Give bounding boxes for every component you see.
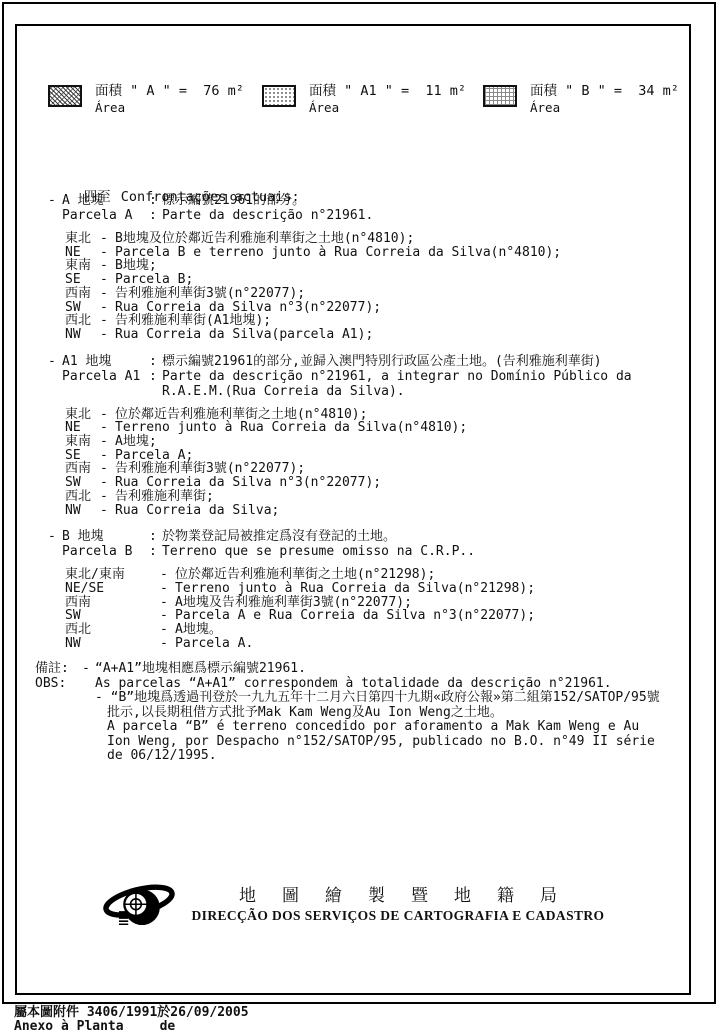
legend-text: 面積 " B " = 34 m²Área bbox=[530, 83, 679, 115]
direction-label: NE bbox=[65, 421, 100, 435]
note-line: 批示,以長期租借方式批予Mak Kam Weng及Au Ion Weng之土地。 bbox=[35, 706, 681, 721]
legend-area-label-pt: Área bbox=[95, 100, 244, 115]
dash bbox=[48, 208, 62, 223]
boundary-text: 告利雅施利華街(A1地塊); bbox=[115, 314, 681, 328]
dash: - bbox=[82, 662, 95, 677]
parcel-label-zh: A1 地塊 bbox=[62, 354, 149, 369]
direction-label: 西北 bbox=[65, 314, 100, 328]
dash bbox=[48, 544, 62, 559]
boundary-text: A地塊及告利雅施利華街3號(n°22077); bbox=[175, 596, 681, 610]
legend-swatch-grid bbox=[483, 85, 517, 107]
boundary-rows: 東北-B地塊及位於鄰近告利雅施利華街之土地(n°4810);NE-Parcela… bbox=[65, 232, 681, 342]
boundary-text: Terreno junto à Rua Correia da Silva(n°2… bbox=[175, 582, 681, 596]
parcel-header-zh: -B 地塊:於物業登記局被推定爲沒有登記的土地。 bbox=[48, 529, 681, 544]
boundary-text: Rua Correia da Silva(parcela A1); bbox=[115, 328, 681, 342]
note-line: A parcela “B” é terreno concedido por af… bbox=[35, 720, 681, 735]
dash: - bbox=[160, 637, 175, 651]
direction-label: 東南 bbox=[65, 259, 100, 273]
boundary-row: 東南-B地塊; bbox=[65, 259, 681, 273]
parcel-header-pt: Parcela A:Parte da descrição n°21961. bbox=[48, 208, 681, 223]
dash: - bbox=[100, 314, 115, 328]
boundary-text: Rua Correia da Silva; bbox=[115, 504, 681, 518]
boundary-text: B地塊及位於鄰近告利雅施利華街之土地(n°4810); bbox=[115, 232, 681, 246]
agency-name: 地圖繪製暨地籍局 DIRECÇÃO DOS SERVIÇOS DE CARTOG… bbox=[192, 885, 605, 925]
parcel-label-zh: B 地塊 bbox=[62, 529, 149, 544]
boundary-row: 西南-A地塊及告利雅施利華街3號(n°22077); bbox=[65, 596, 681, 610]
dash bbox=[82, 720, 95, 735]
note-text: - “B”地塊爲透過刊登於一九九五年十二月六日第四十九期«政府公報»第二組第15… bbox=[95, 691, 681, 706]
direction-label: 東北 bbox=[65, 232, 100, 246]
dash: - bbox=[100, 259, 115, 273]
dash: - bbox=[100, 421, 115, 435]
dash: - bbox=[100, 490, 115, 504]
boundary-row: 東南-A地塊; bbox=[65, 435, 681, 449]
parcel-desc-zh: 標示編號21961的部分。 bbox=[162, 193, 681, 208]
boundary-row: SE-Parcela B; bbox=[65, 273, 681, 287]
boundary-text: A地塊。 bbox=[175, 623, 681, 637]
dash bbox=[82, 706, 95, 721]
dash: - bbox=[100, 504, 115, 518]
agency-logo-icon bbox=[102, 878, 176, 932]
note-label bbox=[35, 720, 82, 735]
note-label: OBS: bbox=[35, 677, 82, 692]
annex-de: de bbox=[160, 1020, 176, 1034]
dash: - bbox=[160, 568, 175, 582]
direction-label: 西北 bbox=[65, 623, 160, 637]
boundary-row: 東北-位於鄰近告利雅施利華街之土地(n°4810); bbox=[65, 408, 681, 422]
note-line: 備註:-“A+A1”地塊相應爲標示編號21961. bbox=[35, 662, 681, 677]
annex-line-pt: Anexo à Planta de bbox=[14, 1020, 249, 1034]
note-label bbox=[35, 749, 82, 764]
dash: - bbox=[100, 287, 115, 301]
direction-label: 西南 bbox=[65, 596, 160, 610]
boundary-text: 告利雅施利華街; bbox=[115, 490, 681, 504]
boundary-text: Parcela B; bbox=[115, 273, 681, 287]
annex-line-zh: 屬本圖附件 3406/1991於26/09/2005 bbox=[14, 1006, 249, 1020]
legend-area-line: 面積 " A " = 76 m² bbox=[95, 83, 244, 100]
dash bbox=[82, 691, 95, 706]
dash bbox=[82, 735, 95, 750]
parcel-desc-pt: Parte da descrição n°21961. bbox=[162, 208, 681, 223]
boundary-text: Parcela A. bbox=[175, 637, 681, 651]
parcel-header-pt: Parcela B:Terreno que se presume omisso … bbox=[48, 544, 681, 559]
dash: - bbox=[48, 193, 62, 208]
notes-block: 備註:-“A+A1”地塊相應爲標示編號21961.OBS:As parcelas… bbox=[35, 662, 681, 764]
note-text: “A+A1”地塊相應爲標示編號21961. bbox=[95, 662, 681, 677]
note-line: de 06/12/1995. bbox=[35, 749, 681, 764]
boundary-text: B地塊; bbox=[115, 259, 681, 273]
dash: - bbox=[100, 232, 115, 246]
boundary-text: Rua Correia da Silva n°3(n°22077); bbox=[115, 476, 681, 490]
direction-label: 西北 bbox=[65, 490, 100, 504]
parcel-label-pt: Parcela B bbox=[62, 544, 149, 559]
dash: - bbox=[100, 328, 115, 342]
note-text: de 06/12/1995. bbox=[95, 749, 681, 764]
boundary-row: NE-Parcela B e terreno junto à Rua Corre… bbox=[65, 246, 681, 260]
colon: : bbox=[149, 208, 162, 223]
note-text: A parcela “B” é terreno concedido por af… bbox=[95, 720, 681, 735]
dash bbox=[48, 369, 62, 399]
boundary-text: Parcela B e terreno junto à Rua Correia … bbox=[115, 246, 681, 260]
dash bbox=[82, 749, 95, 764]
parcel-desc-pt-line: Terreno que se presume omisso na C.R.P.. bbox=[162, 544, 681, 559]
legend-item: 面積 " A " = 76 m²Área bbox=[48, 83, 244, 115]
parcel-label-pt: Parcela A bbox=[62, 208, 149, 223]
colon: : bbox=[149, 369, 162, 399]
parcel-header: -A 地塊:標示編號21961的部分。Parcela A:Parte da de… bbox=[48, 193, 681, 223]
legend-swatch-dots bbox=[262, 85, 296, 107]
boundary-row: 西南-告利雅施利華街3號(n°22077); bbox=[65, 287, 681, 301]
boundary-rows: 東北/東南-位於鄰近告利雅施利華街之土地(n°21298);NE/SE-Terr… bbox=[65, 568, 681, 650]
direction-label: NE/SE bbox=[65, 582, 160, 596]
dash: - bbox=[100, 449, 115, 463]
agency-name-pt: DIRECÇÃO DOS SERVIÇOS DE CARTOGRAFIA E C… bbox=[192, 907, 605, 925]
direction-label: NW bbox=[65, 328, 100, 342]
legend-area-line: 面積 " A1 " = 11 m² bbox=[309, 83, 466, 100]
annex-annotation: 屬本圖附件 3406/1991於26/09/2005 Anexo à Plant… bbox=[14, 1006, 249, 1034]
parcel-desc-zh: 於物業登記局被推定爲沒有登記的土地。 bbox=[162, 529, 681, 544]
direction-label: NW bbox=[65, 504, 100, 518]
document-page: 面積 " A " = 76 m²Área面積 " A1 " = 11 m²Áre… bbox=[0, 0, 720, 1036]
dash bbox=[82, 677, 95, 692]
legend-area-line: 面積 " B " = 34 m² bbox=[530, 83, 679, 100]
direction-label: 西南 bbox=[65, 462, 100, 476]
boundary-rows: 東北-位於鄰近告利雅施利華街之土地(n°4810);NE-Terreno jun… bbox=[65, 408, 681, 518]
boundary-row: 西北-告利雅施利華街; bbox=[65, 490, 681, 504]
dash: - bbox=[100, 408, 115, 422]
direction-label: SW bbox=[65, 301, 100, 315]
note-line: - “B”地塊爲透過刊登於一九九五年十二月六日第四十九期«政府公報»第二組第15… bbox=[35, 691, 681, 706]
agency-name-zh: 地圖繪製暨地籍局 bbox=[192, 885, 631, 907]
legend-area-label-pt: Área bbox=[530, 100, 679, 115]
parcel-section: -B 地塊:於物業登記局被推定爲沒有登記的土地。Parcela B:Terren… bbox=[48, 529, 681, 650]
boundary-row: 西南-告利雅施利華街3號(n°22077); bbox=[65, 462, 681, 476]
parcel-desc-pt-line: Parte da descrição n°21961. bbox=[162, 208, 681, 223]
parcel-header-pt: Parcela A1:Parte da descrição n°21961, a… bbox=[48, 369, 681, 399]
note-label bbox=[35, 735, 82, 750]
dash: - bbox=[48, 529, 62, 544]
note-label: 備註: bbox=[35, 662, 82, 677]
boundary-text: 位於鄰近告利雅施利華街之土地(n°21298); bbox=[175, 568, 681, 582]
parcel-section: -A 地塊:標示編號21961的部分。Parcela A:Parte da de… bbox=[48, 193, 681, 342]
dash: - bbox=[160, 596, 175, 610]
colon: : bbox=[149, 529, 162, 544]
dash: - bbox=[100, 273, 115, 287]
parcel-header: -A1 地塊:標示編號21961的部分,並歸入澳門特別行政區公產土地。(告利雅施… bbox=[48, 354, 681, 399]
dash: - bbox=[100, 476, 115, 490]
direction-label: 東北/東南 bbox=[65, 568, 160, 582]
area-legend: 面積 " A " = 76 m²Área面積 " A1 " = 11 m²Áre… bbox=[17, 83, 689, 133]
legend-item: 面積 " B " = 34 m²Área bbox=[483, 83, 679, 115]
agency-footer: 地圖繪製暨地籍局 DIRECÇÃO DOS SERVIÇOS DE CARTOG… bbox=[17, 878, 689, 932]
direction-label: 東南 bbox=[65, 435, 100, 449]
legend-area-label-pt: Área bbox=[309, 100, 466, 115]
parcel-sections: -A 地塊:標示編號21961的部分。Parcela A:Parte da de… bbox=[35, 193, 681, 650]
boundary-text: Parcela A e Rua Correia da Silva n°3(n°2… bbox=[175, 609, 681, 623]
boundary-row: NE/SE-Terreno junto à Rua Correia da Sil… bbox=[65, 582, 681, 596]
parcel-header: -B 地塊:於物業登記局被推定爲沒有登記的土地。Parcela B:Terren… bbox=[48, 529, 681, 559]
boundary-text: 告利雅施利華街3號(n°22077); bbox=[115, 287, 681, 301]
direction-label: 東北 bbox=[65, 408, 100, 422]
parcel-section: -A1 地塊:標示編號21961的部分,並歸入澳門特別行政區公產土地。(告利雅施… bbox=[48, 354, 681, 518]
parcel-desc-pt: Terreno que se presume omisso na C.R.P.. bbox=[162, 544, 681, 559]
boundary-row: SW-Parcela A e Rua Correia da Silva n°3(… bbox=[65, 609, 681, 623]
parcel-label-zh: A 地塊 bbox=[62, 193, 149, 208]
direction-label: NW bbox=[65, 637, 160, 651]
parcel-header-zh: -A 地塊:標示編號21961的部分。 bbox=[48, 193, 681, 208]
dash: - bbox=[160, 582, 175, 596]
boundary-row: NE-Terreno junto à Rua Correia da Silva(… bbox=[65, 421, 681, 435]
boundary-row: NW-Parcela A. bbox=[65, 637, 681, 651]
note-text: Ion Weng, por Despacho n°152/SATOP/95, p… bbox=[95, 735, 681, 750]
boundary-row: 西北-A地塊。 bbox=[65, 623, 681, 637]
legend-text: 面積 " A " = 76 m²Área bbox=[95, 83, 244, 115]
boundary-row: NW-Rua Correia da Silva(parcela A1); bbox=[65, 328, 681, 342]
direction-label: SE bbox=[65, 273, 100, 287]
boundary-row: 東北/東南-位於鄰近告利雅施利華街之土地(n°21298); bbox=[65, 568, 681, 582]
dash: - bbox=[160, 609, 175, 623]
boundary-row: SW-Rua Correia da Silva n°3(n°22077); bbox=[65, 476, 681, 490]
direction-label: 西南 bbox=[65, 287, 100, 301]
legend-item: 面積 " A1 " = 11 m²Área bbox=[262, 83, 466, 115]
dash: - bbox=[100, 462, 115, 476]
boundary-row: NW-Rua Correia da Silva; bbox=[65, 504, 681, 518]
boundary-text: A地塊; bbox=[115, 435, 681, 449]
direction-label: SW bbox=[65, 476, 100, 490]
parcel-desc-pt: Parte da descrição n°21961, a integrar n… bbox=[162, 369, 681, 399]
note-label bbox=[35, 691, 82, 706]
parcel-header-zh: -A1 地塊:標示編號21961的部分,並歸入澳門特別行政區公產土地。(告利雅施… bbox=[48, 354, 681, 369]
confrontations-body: -A 地塊:標示編號21961的部分。Parcela A:Parte da de… bbox=[35, 193, 681, 764]
dash: - bbox=[100, 435, 115, 449]
boundary-text: Terreno junto à Rua Correia da Silva(n°4… bbox=[115, 421, 681, 435]
note-label bbox=[35, 706, 82, 721]
colon: : bbox=[149, 544, 162, 559]
boundary-row: 東北-B地塊及位於鄰近告利雅施利華街之土地(n°4810); bbox=[65, 232, 681, 246]
dash: - bbox=[100, 246, 115, 260]
inner-border: 面積 " A " = 76 m²Área面積 " A1 " = 11 m²Áre… bbox=[15, 24, 691, 995]
note-line: Ion Weng, por Despacho n°152/SATOP/95, p… bbox=[35, 735, 681, 750]
annex-label-pt: Anexo à Planta bbox=[14, 1020, 124, 1034]
parcel-desc-pt-line: R.A.E.M.(Rua Correia da Silva). bbox=[162, 384, 681, 399]
dash: - bbox=[48, 354, 62, 369]
parcel-label-pt: Parcela A1 bbox=[62, 369, 149, 399]
boundary-text: 位於鄰近告利雅施利華街之土地(n°4810); bbox=[115, 408, 681, 422]
dash: - bbox=[160, 623, 175, 637]
note-text: 批示,以長期租借方式批予Mak Kam Weng及Au Ion Weng之土地。 bbox=[95, 706, 681, 721]
boundary-text: 告利雅施利華街3號(n°22077); bbox=[115, 462, 681, 476]
boundary-row: 西北-告利雅施利華街(A1地塊); bbox=[65, 314, 681, 328]
parcel-desc-pt-line: Parte da descrição n°21961, a integrar n… bbox=[162, 369, 681, 384]
colon: : bbox=[149, 193, 162, 208]
direction-label: SW bbox=[65, 609, 160, 623]
colon: : bbox=[149, 354, 162, 369]
legend-swatch-hatch bbox=[48, 85, 82, 107]
dash: - bbox=[100, 301, 115, 315]
legend-text: 面積 " A1 " = 11 m²Área bbox=[309, 83, 466, 115]
parcel-desc-zh: 標示編號21961的部分,並歸入澳門特別行政區公產土地。(告利雅施利華街) bbox=[162, 354, 681, 369]
